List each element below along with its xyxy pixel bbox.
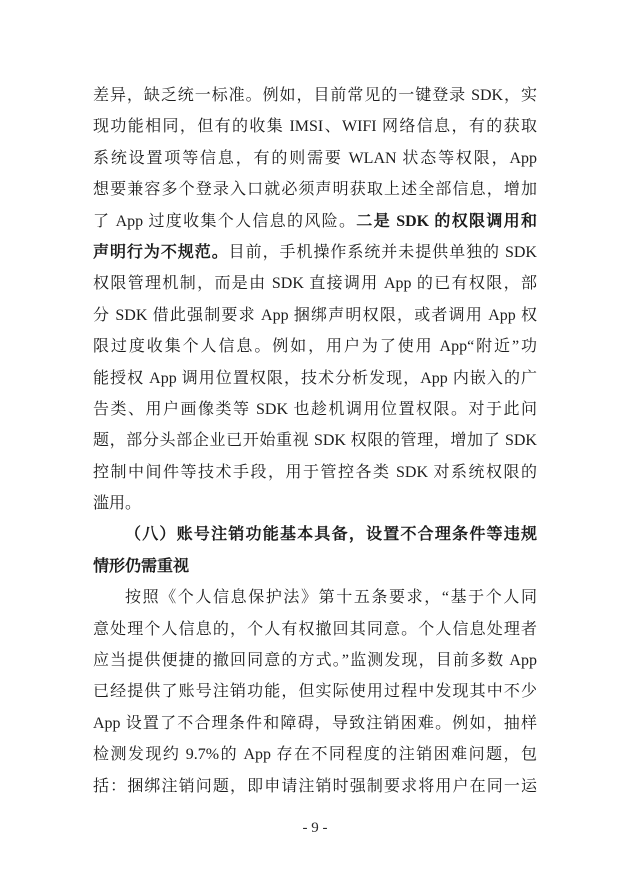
text-run: 检测发现约 9.7%的 App 存在不同程度的注销困难问题，包 bbox=[93, 746, 537, 763]
text-run: 括：捆绑注销问题，即申请注销时强制要求将用户在同一运 bbox=[93, 778, 537, 795]
text-run: 能授权 App 调用位置权限，技术分析发现，App 内嵌入的广 bbox=[93, 370, 537, 387]
text-line: 应当提供便捷的撤回同意的方式。”监测发现，目前多数 App bbox=[93, 645, 537, 676]
text-line: 括：捆绑注销问题，即申请注销时强制要求将用户在同一运 bbox=[93, 771, 537, 802]
text-line: 现功能相同，但有的收集 IMSI、WIFI 网络信息，有的获取 bbox=[93, 111, 537, 142]
text-line: （八）账号注销功能基本具备，设置不合理条件等违规 bbox=[93, 519, 537, 550]
text-line: 告类、用户画像类等 SDK 也趁机调用位置权限。对于此问 bbox=[93, 394, 537, 425]
page-body: 差异，缺乏统一标准。例如，目前常见的一键登录 SDK，实现功能相同，但有的收集 … bbox=[93, 80, 537, 802]
text-line: 能授权 App 调用位置权限，技术分析发现，App 内嵌入的广 bbox=[93, 363, 537, 394]
text-run: 分 SDK 借此强制要求 App 捆绑声明权限，或者调用 App 权 bbox=[93, 307, 537, 324]
text-run: 题，部分头部企业已开始重视 SDK 权限的管理，增加了 SDK bbox=[93, 432, 537, 449]
text-line: 控制中间件等技术手段，用于管控各类 SDK 对系统权限的 bbox=[93, 457, 537, 488]
page-number: - 9 - bbox=[0, 818, 630, 838]
text-line: 想要兼容多个登录入口就必须声明获取上述全部信息，增加 bbox=[93, 174, 537, 205]
text-run: App 设置了不合理条件和障碍，导致注销困难。例如，抽样 bbox=[93, 715, 537, 732]
text-line: 声明行为不规范。目前，手机操作系统并未提供单独的 SDK bbox=[93, 237, 537, 268]
text-line: 限过度收集个人信息。例如，用户为了使用 App“附近”功 bbox=[93, 331, 537, 362]
text-run: 滥用。 bbox=[93, 495, 141, 512]
text-line: 权限管理机制，而是由 SDK 直接调用 App 的已有权限，部 bbox=[93, 268, 537, 299]
text-line: 差异，缺乏统一标准。例如，目前常见的一键登录 SDK，实 bbox=[93, 80, 537, 111]
text-run: 意处理个人信息的，个人有权撤回其同意。个人信息处理者 bbox=[93, 621, 537, 638]
bold-text-run: 情形仍需重视 bbox=[93, 558, 189, 575]
text-run: 想要兼容多个登录入口就必须声明获取上述全部信息，增加 bbox=[93, 181, 537, 198]
text-line: 检测发现约 9.7%的 App 存在不同程度的注销困难问题，包 bbox=[93, 739, 537, 770]
text-run: 控制中间件等技术手段，用于管控各类 SDK 对系统权限的 bbox=[93, 464, 537, 481]
text-run: 差异，缺乏统一标准。例如，目前常见的一键登录 SDK，实 bbox=[93, 87, 537, 104]
text-run: 权限管理机制，而是由 SDK 直接调用 App 的已有权限，部 bbox=[93, 275, 537, 292]
text-line: 按照《个人信息保护法》第十五条要求，“基于个人同 bbox=[93, 582, 537, 613]
text-run: 应当提供便捷的撤回同意的方式。”监测发现，目前多数 App bbox=[93, 652, 537, 669]
text-line: App 设置了不合理条件和障碍，导致注销困难。例如，抽样 bbox=[93, 708, 537, 739]
text-run: 告类、用户画像类等 SDK 也趁机调用位置权限。对于此问 bbox=[93, 401, 537, 418]
text-line: 滥用。 bbox=[93, 488, 537, 519]
text-line: 已经提供了账号注销功能，但实际使用过程中发现其中不少 bbox=[93, 676, 537, 707]
text-line: 系统设置项等信息，有的则需要 WLAN 状态等权限，App bbox=[93, 143, 537, 174]
text-run: 现功能相同，但有的收集 IMSI、WIFI 网络信息，有的获取 bbox=[93, 118, 537, 135]
document-page: 差异，缺乏统一标准。例如，目前常见的一键登录 SDK，实现功能相同，但有的收集 … bbox=[0, 0, 630, 890]
text-line: 分 SDK 借此强制要求 App 捆绑声明权限，或者调用 App 权 bbox=[93, 300, 537, 331]
text-line: 了 App 过度收集个人信息的风险。二是 SDK 的权限调用和 bbox=[93, 206, 537, 237]
text-run: 目前，手机操作系统并未提供单独的 SDK bbox=[229, 244, 537, 261]
text-run: 了 App 过度收集个人信息的风险。 bbox=[93, 213, 356, 230]
text-run: 已经提供了账号注销功能，但实际使用过程中发现其中不少 bbox=[93, 683, 537, 700]
bold-text-run: 声明行为不规范。 bbox=[93, 244, 229, 261]
bold-text-run: 二是 SDK 的权限调用和 bbox=[356, 213, 537, 230]
text-run: 按照《个人信息保护法》第十五条要求，“基于个人同 bbox=[125, 589, 537, 606]
text-line: 意处理个人信息的，个人有权撤回其同意。个人信息处理者 bbox=[93, 614, 537, 645]
bold-text-run: （八）账号注销功能基本具备，设置不合理条件等违规 bbox=[125, 526, 537, 543]
text-run: 限过度收集个人信息。例如，用户为了使用 App“附近”功 bbox=[93, 338, 537, 355]
text-line: 情形仍需重视 bbox=[93, 551, 537, 582]
text-line: 题，部分头部企业已开始重视 SDK 权限的管理，增加了 SDK bbox=[93, 425, 537, 456]
text-run: 系统设置项等信息，有的则需要 WLAN 状态等权限，App bbox=[93, 150, 537, 167]
